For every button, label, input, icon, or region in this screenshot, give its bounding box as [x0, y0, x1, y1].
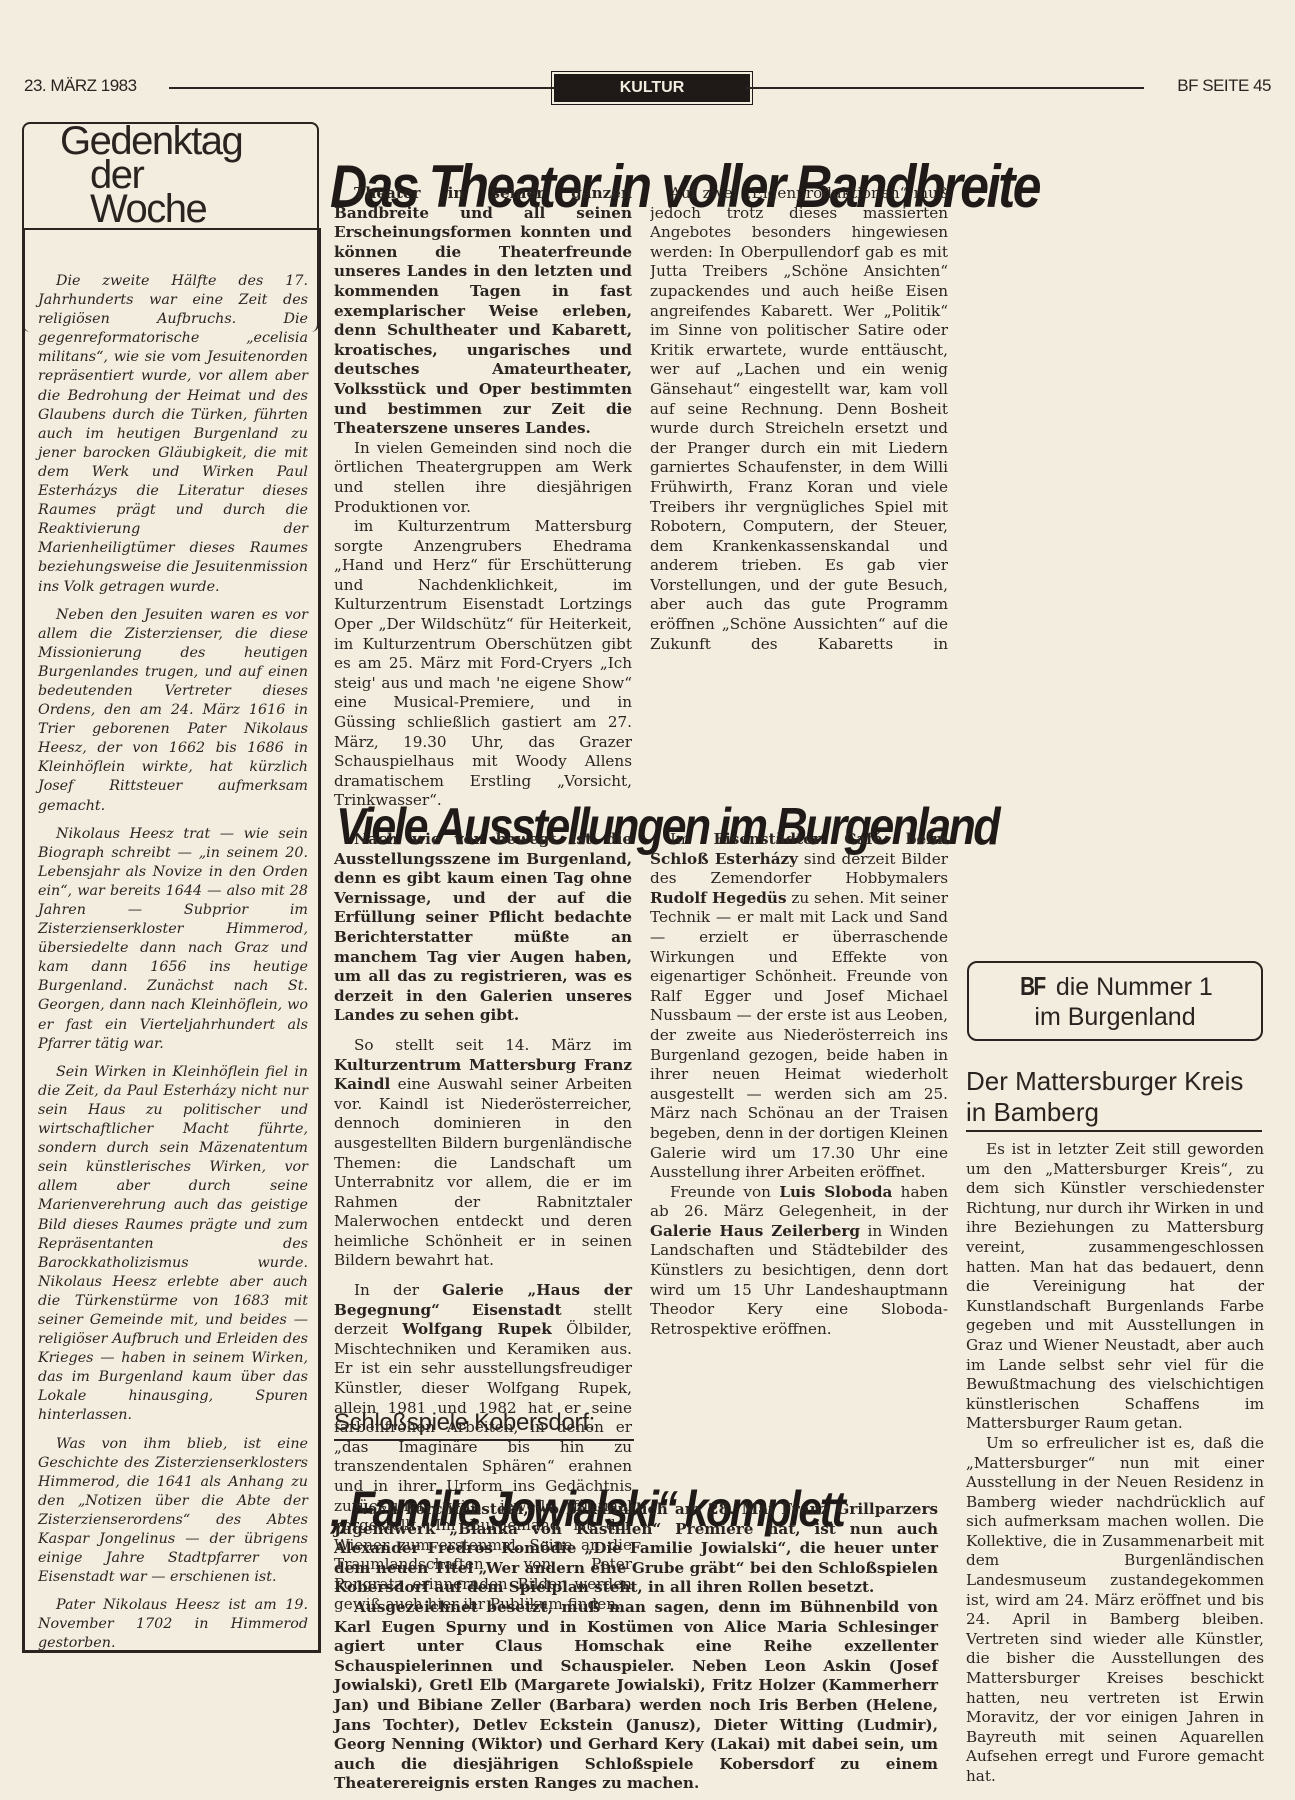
- article-lead: Theater in seiner ganzen Bandbreite und …: [334, 184, 632, 439]
- article-paragraph: In vielen Gemeinden sind noch die örtlic…: [334, 439, 632, 517]
- page-number: BF SEITE 45: [1177, 76, 1271, 96]
- sidebar-paragraph: Die zweite Hälfte des 17. Jahrhunderts w…: [38, 272, 308, 597]
- issue-date: 23. MÄRZ 1983: [24, 76, 137, 96]
- article-paragraph: Auf zwei „Eigenproduktionen“ muß jedoch …: [650, 184, 948, 654]
- newspaper-page: 23. MÄRZ 1983 KULTUR BF SEITE 45 Gedenkt…: [0, 0, 1295, 1800]
- article-paragraph: Es ist in letzter Zeit still geworden um…: [966, 1140, 1264, 1434]
- sidebar-paragraph: Sein Wirken in Kleinhöflein fiel in die …: [38, 1063, 308, 1426]
- article-paragraph: Ausgezeichnet besetzt, muß man sagen, de…: [334, 1598, 938, 1794]
- article-lead: Nach wie vor bewegt ist die Ausstellungs…: [334, 830, 632, 1026]
- header-rule-left: [169, 87, 554, 89]
- sidebar-title: Gedenktag der Woche: [60, 124, 242, 226]
- article-kicker-kobersdorf: Schloßspiele Kobersdorf:: [334, 1409, 634, 1441]
- article-paragraph: im Kulturzentrum Mattersburg sorgte Anze…: [334, 517, 632, 811]
- article-ausstellungen-column-2: Im Eisenstädter Café beim Schloß Esterhá…: [650, 830, 948, 1390]
- article-paragraph: Freunde von Luis Sloboda haben ab 26. Mä…: [650, 1183, 948, 1340]
- sidebar-paragraph: Neben den Jesuiten waren es vor allem di…: [38, 606, 308, 816]
- section-label: KULTUR: [554, 74, 750, 102]
- brand-logo: BF: [1020, 971, 1045, 1001]
- article-theater-column-2: Auf zwei „Eigenproduktionen“ muß jedoch …: [650, 184, 948, 654]
- article-paragraph: Um so erfreulicher ist es, daß die „Matt…: [966, 1434, 1264, 1787]
- article-theater-column-1: Theater in seiner ganzen Bandbreite und …: [334, 184, 632, 811]
- article-paragraph: So stellt seit 14. März im Kulturzentrum…: [334, 1036, 632, 1271]
- article-paragraph: Nach Forchtenstein, wo bekanntlich am 28…: [334, 1500, 938, 1598]
- article-headline-mattersburger: Der Mattersburger Kreis in Bamberg: [966, 1066, 1262, 1132]
- sidebar-paragraph: Was von ihm blieb, ist eine Geschichte d…: [38, 1435, 308, 1588]
- article-paragraph: Im Eisenstädter Café beim Schloß Esterhá…: [650, 830, 948, 1183]
- page-header: 23. MÄRZ 1983 KULTUR BF SEITE 45: [24, 74, 1271, 100]
- sidebar-paragraph: Nikolaus Heesz trat — wie sein Biograph …: [38, 825, 308, 1054]
- header-rule-right: [746, 87, 1144, 89]
- promo-box: BFdie Nummer 1 im Burgenland: [967, 961, 1263, 1041]
- article-jowialski-body: Nach Forchtenstein, wo bekanntlich am 28…: [334, 1500, 938, 1794]
- sidebar-paragraph: Pater Nikolaus Heesz ist am 19. November…: [38, 1596, 308, 1653]
- sidebar-body: Die zweite Hälfte des 17. Jahrhunderts w…: [38, 272, 308, 1663]
- article-mattersburger-body: Es ist in letzter Zeit still geworden um…: [966, 1140, 1264, 1787]
